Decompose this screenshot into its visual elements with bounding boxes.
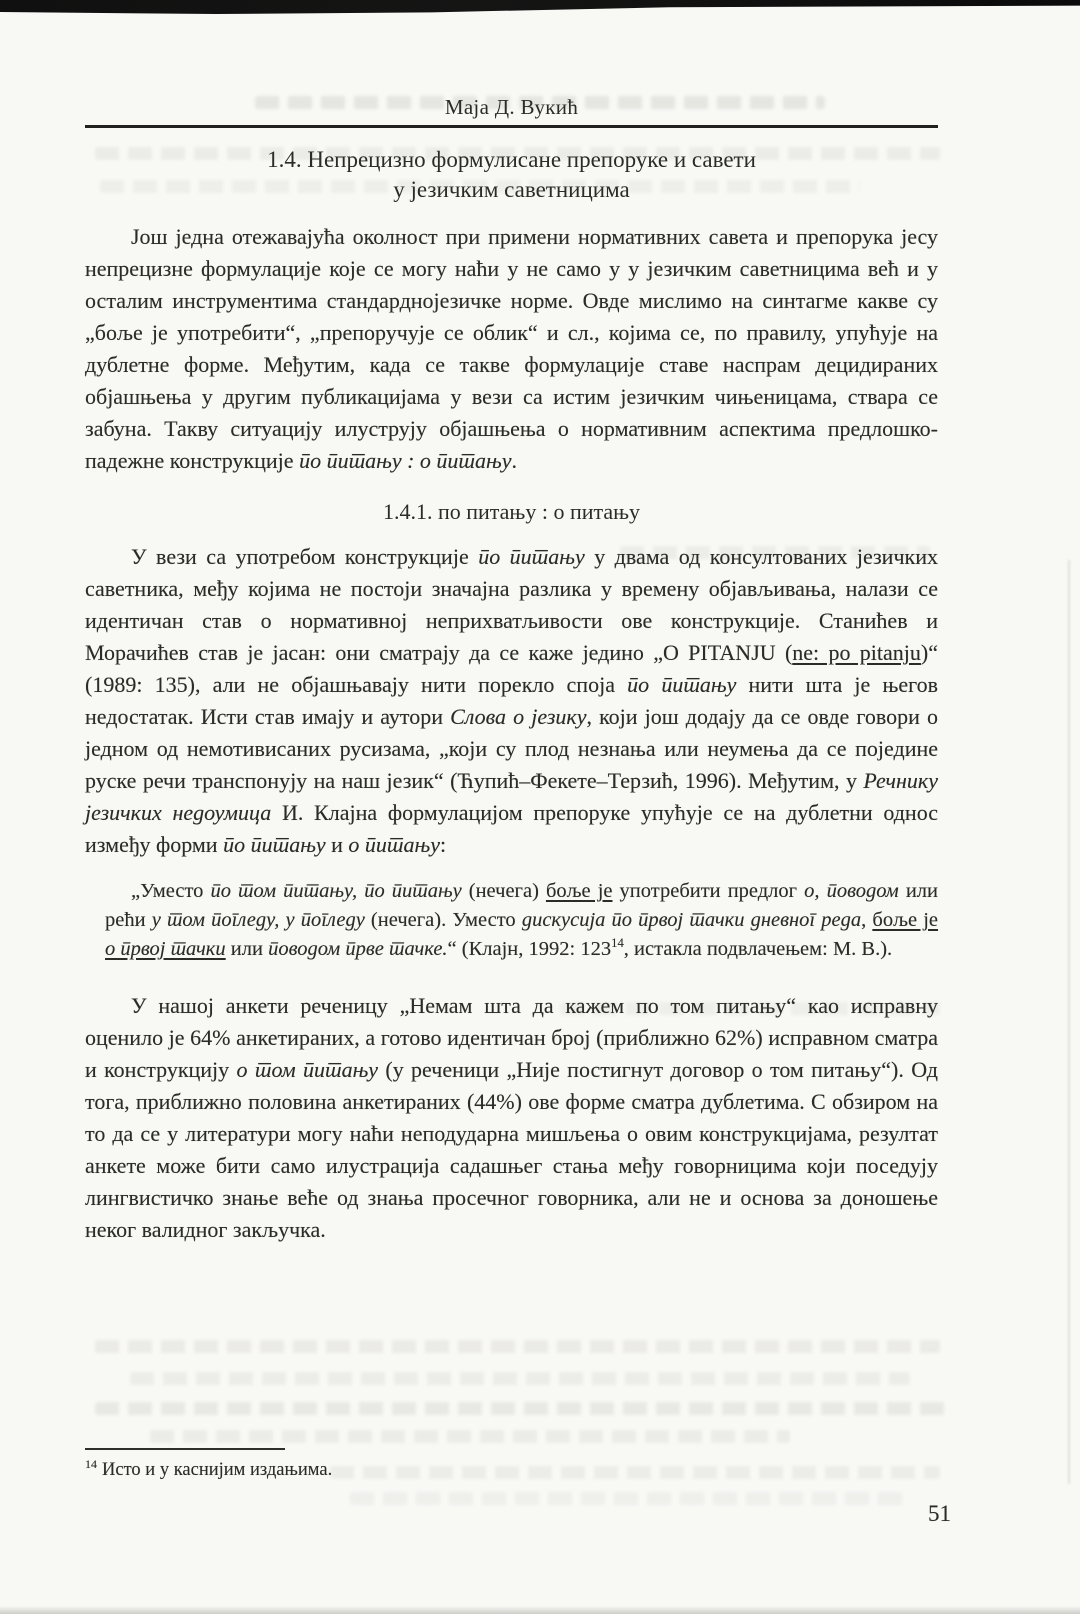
scanned-page: Маја Д. Вукић 1.4. Непрецизно формулисан… <box>0 0 1080 1614</box>
bleedthrough-smudge <box>350 1492 910 1505</box>
scan-edge-right <box>1068 560 1070 1484</box>
footnote-block: 14Исто и у каснијим издањима. <box>85 1448 938 1482</box>
bleedthrough-smudge <box>95 1402 945 1415</box>
bleedthrough-smudge <box>150 1430 790 1443</box>
section-title: 1.4. Непрецизно формулисане препоруке и … <box>85 145 938 205</box>
subsection-title: 1.4.1. по питању : о питању <box>85 497 938 527</box>
footnote-text: Исто и у каснијим издањима. <box>102 1460 332 1480</box>
header-rule <box>85 125 938 128</box>
bleedthrough-smudge <box>95 1340 940 1353</box>
footnote-rule <box>85 1448 285 1450</box>
paragraph-3: У нашој анкети реченицу „Немам шта да ка… <box>85 990 938 1246</box>
scan-edge-bottom <box>0 1606 1080 1614</box>
paragraph-1: Још једна отежавајућа околност при приме… <box>85 221 938 477</box>
page-number: 51 <box>928 1500 951 1528</box>
footnote: 14Исто и у каснијим издањима. <box>85 1458 938 1482</box>
running-head: Маја Д. Вукић <box>85 94 938 120</box>
paragraph-2: У вези са употребом конструкције по пита… <box>85 541 938 861</box>
footnote-marker: 14 <box>85 1457 97 1471</box>
section-title-line2: у језичким саветницима <box>85 175 938 205</box>
bleedthrough-smudge <box>130 1372 910 1385</box>
text-column: Маја Д. Вукић 1.4. Непрецизно формулисан… <box>85 0 938 1246</box>
block-quote: „Уместо по том питању, по питању (нечега… <box>105 877 938 964</box>
section-title-line1: 1.4. Непрецизно формулисане препоруке и … <box>85 145 938 175</box>
